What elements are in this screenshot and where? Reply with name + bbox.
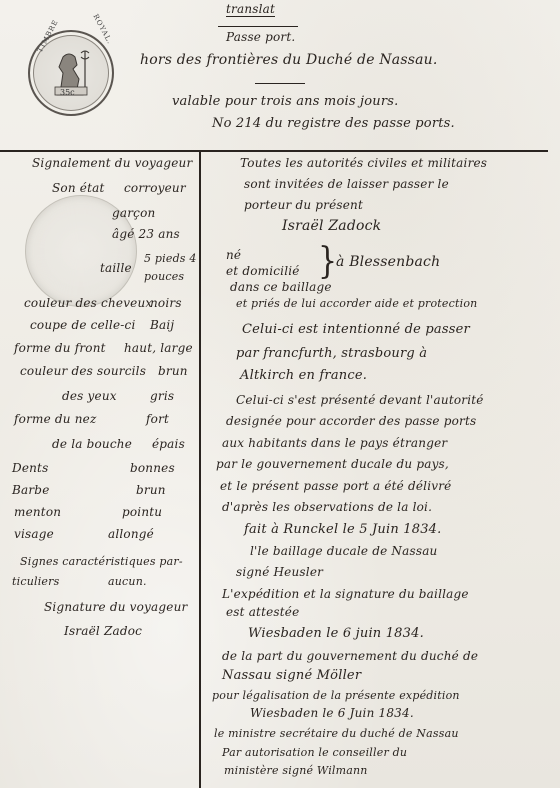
bearer-name: Israël Zadock <box>282 218 381 234</box>
stamp-text-right: ROYAL. <box>91 13 114 46</box>
sig-value-age: âgé 23 ans <box>112 227 180 241</box>
sig-label-bouche: de la bouche <box>52 437 132 451</box>
sig-value-etat: corroyeur <box>124 181 186 195</box>
wiesbaden-date-1: Wiesbaden le 6 juin 1834. <box>248 626 424 641</box>
sig-value-taille: 5 pieds 4 pouces <box>144 250 198 286</box>
born-label: né <box>226 248 241 262</box>
sig-label-visage: visage <box>14 527 54 541</box>
signed-moller: Nassau signé Möller <box>222 668 361 683</box>
government-line: de la part du gouvernement du duché de <box>222 649 478 663</box>
validity-line: valable pour trois ans mois jours. <box>172 94 399 109</box>
sig-label-menton: menton <box>14 505 61 519</box>
issue-place-date: fait à Runckel le 5 Juin 1834. <box>244 522 441 537</box>
marks-line-2-value: aucun. <box>108 575 147 588</box>
sig-value-garcon: garçon <box>112 206 155 220</box>
header-rule-2 <box>255 83 305 84</box>
sig-label-nez: forme du nez <box>14 412 96 426</box>
authorisation-line: Par autorisation le conseiller du <box>222 746 407 759</box>
marks-line-1: Signes caractéristiques par- <box>20 555 183 568</box>
sig-label-coupe: coupe de celle-ci <box>30 318 135 332</box>
body-line-13: designée pour accorder des passe ports <box>226 414 476 428</box>
body-line-3: porteur du présent <box>244 198 363 212</box>
document-title: hors des frontières du Duché de Nassau. <box>140 52 438 68</box>
sig-value-cheveux: noirs <box>150 296 182 310</box>
body-line-14: aux habitants dans le pays étranger <box>222 436 447 450</box>
sig-value-sourcils: brun <box>158 364 188 378</box>
sig-label-front: forme du front <box>14 341 106 355</box>
sig-label-yeux: des yeux <box>62 389 117 403</box>
body-line-9: Celui-ci est intentionné de passer <box>242 322 470 337</box>
sig-value-visage: allongé <box>108 527 154 541</box>
signature-label: Signature du voyageur <box>44 600 187 614</box>
signed-wilmann: ministère signé Wilmann <box>224 764 368 777</box>
sig-label-taille: taille <box>100 261 132 275</box>
translation-note: translat <box>226 2 275 17</box>
body-line-8: et priés de lui accorder aide et protect… <box>236 297 477 310</box>
birthplace: à Blessenbach <box>336 254 440 270</box>
attestation-line-1: L'expédition et la signature du baillage <box>222 587 469 601</box>
brace-icon: } <box>318 241 337 283</box>
body-line-12: Celui-ci s'est présenté devant l'autorit… <box>236 393 484 407</box>
passport-document: TIMBRE ROYAL. 35c translat Passe port. h… <box>0 0 560 788</box>
sig-value-coupe: Baij <box>150 318 174 332</box>
traveler-signature: Israël Zadoc <box>64 624 142 638</box>
minister-line: le ministre secrétaire du duché de Nassa… <box>214 727 459 740</box>
legalisation-line: pour légalisation de la présente expédit… <box>212 689 460 702</box>
sig-value-dents: bonnes <box>130 461 175 475</box>
body-line-17: d'après les observations de la loi. <box>222 500 432 514</box>
body-line-2: sont invitées de laisser passer le <box>244 177 449 191</box>
horizontal-divider <box>0 150 548 152</box>
body-line-15: par le gouvernement ducale du pays, <box>216 457 449 471</box>
signed-heusler: signé Heusler <box>236 565 323 579</box>
body-line-10: par francfurth, strasbourg à <box>236 346 427 361</box>
baillage-line: l'le baillage ducale de Nassau <box>250 544 437 558</box>
body-line-1: Toutes les autorités civiles et militair… <box>240 156 487 170</box>
royal-stamp-seal: TIMBRE ROYAL. 35c <box>28 30 114 116</box>
sig-value-nez: fort <box>146 412 169 426</box>
sig-label-etat: Son état <box>52 181 105 195</box>
register-number: No 214 du registre des passe ports. <box>212 116 455 131</box>
header-rule-1 <box>218 26 298 27</box>
sig-label-cheveux: couleur des cheveux <box>24 296 152 310</box>
sig-value-bouche: épais <box>152 437 185 451</box>
column-divider <box>199 150 201 788</box>
body-line-7: dans ce baillage <box>230 280 332 294</box>
document-type: Passe port. <box>226 30 295 44</box>
sig-value-barbe: brun <box>136 483 166 497</box>
sig-value-yeux: gris <box>150 389 174 403</box>
signalement-heading: Signalement du voyageur <box>32 156 192 170</box>
body-line-16: et le présent passe port a été délivré <box>220 479 451 493</box>
sig-label-sourcils: couleur des sourcils <box>20 364 146 378</box>
sig-value-menton: pointu <box>122 505 162 519</box>
marks-line-2-label: ticuliers <box>12 575 59 588</box>
sig-value-front: haut, large <box>124 341 193 355</box>
stamp-price: 35c <box>60 88 75 97</box>
sig-label-barbe: Barbe <box>12 483 50 497</box>
domiciled-label: et domicilié <box>226 264 300 278</box>
wiesbaden-date-2: Wiesbaden le 6 Juin 1834. <box>250 706 414 720</box>
body-line-11: Altkirch en france. <box>240 368 367 383</box>
attestation-line-2: est attestée <box>226 605 299 619</box>
sig-label-dents: Dents <box>12 461 48 475</box>
